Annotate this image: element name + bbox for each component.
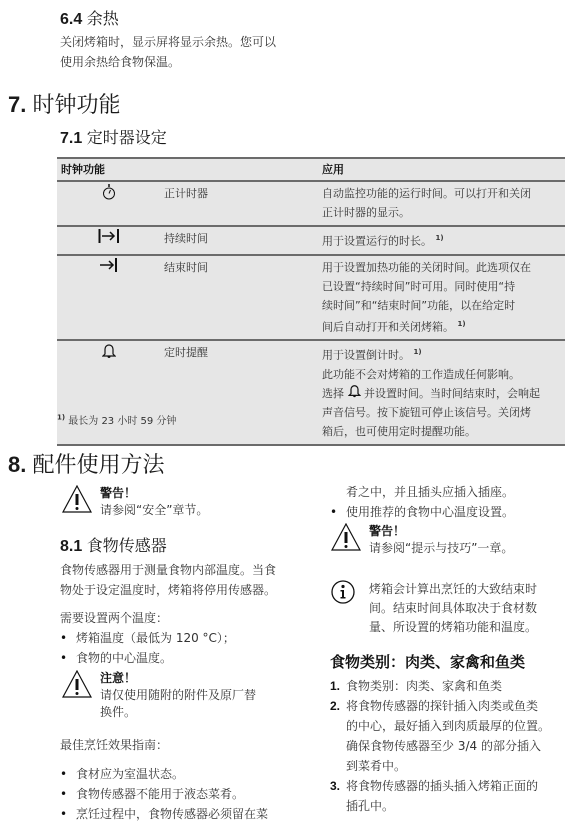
description-line: 续时间”和“结束时间”功能，以在给定时 [322, 296, 561, 315]
table-row: 定时提醒 用于设置倒计时。 1) 此功能不会对烤箱的工作造成任何影响。 选择 并… [57, 340, 565, 445]
info-text: 烤箱会计算出烹饪的大致结束时 [369, 580, 537, 599]
stopwatch-icon [57, 181, 160, 226]
guide-list-continued: 使用推荐的食物中心温度设置。 [330, 502, 570, 522]
list-item: 食物的中心温度。 [60, 648, 310, 668]
section-6-4-heading: 6.4 余热 [60, 6, 119, 29]
description-line: 用于设置运行的时长。 [322, 235, 432, 248]
description-line: 自动监控功能的运行时间。可以打开和关闭 [322, 184, 561, 203]
step-text: 将食物传感器的插头插入烤箱正面的 [346, 776, 570, 796]
caution-box: 注意！ 请仅使用随附的附件及原厂替 换件。 [62, 670, 256, 721]
footnote-marker: 1) [57, 414, 65, 422]
step-text: 的中心，最好插入到肉质最厚的位置。 [346, 716, 570, 736]
description-text: 并设置时间。当时间结束时，会响起 [364, 387, 540, 400]
step-number: 1. [330, 676, 340, 696]
table-row: 结束时间 用于设置加热功能的关闭时间。此选项仅在 已设置“持续时间”时可用。同时… [57, 255, 565, 341]
bell-icon [348, 384, 361, 398]
step-number: 2. [330, 696, 340, 716]
footnote-text: 最长为 23 小时 59 分钟 [68, 416, 176, 427]
paragraph-line: 物处于设定温度时，烤箱将停用传感器。 [60, 580, 276, 600]
paragraph-line: 食物传感器用于测量食物内部温度。当食 [60, 560, 276, 580]
warning-text: 请参阅“安全”章节。 [100, 502, 208, 519]
footnote-marker: 1) [458, 320, 466, 328]
timer-functions-table: 时钟功能 应用 正计时器 自动监控功能的运行时间。可以打开和关闭 正计时器的显示… [57, 157, 565, 446]
warning-box: 警告！ 请参阅“提示与技巧”一章。 [331, 523, 513, 557]
step-text: 将食物传感器的探针插入肉类或鱼类 [346, 696, 570, 716]
warning-title: 警告！ [100, 485, 208, 502]
chapter-title: 配件使用方法 [32, 453, 164, 478]
section-number: 6.4 [60, 11, 82, 28]
description-line: 箱后，也可使用定时提醒功能。 [322, 422, 561, 441]
table-row: 正计时器 自动监控功能的运行时间。可以打开和关闭 正计时器的显示。 [57, 181, 565, 226]
warning-text: 请参阅“提示与技巧”一章。 [369, 540, 513, 557]
section-6-4-body: 关闭烤箱时，显示屏将显示余热。您可以 使用余热给食物保温。 [60, 32, 276, 72]
info-icon [331, 580, 355, 604]
caution-text: 换件。 [100, 704, 256, 721]
description-line: 声音信号。按下旋钮可停止该信号。关闭烤 [322, 403, 561, 422]
function-description: 自动监控功能的运行时间。可以打开和关闭 正计时器的显示。 [318, 181, 565, 226]
step-text: 食物类别：肉类、家禽和鱼类 [346, 676, 570, 696]
list-item: 食材应为室温状态。 [60, 764, 320, 784]
description-line: 正计时器的显示。 [322, 203, 561, 222]
bell-icon [57, 340, 160, 445]
warning-triangle-icon [62, 670, 92, 698]
step-item: 3. 将食物传感器的插头插入烤箱正面的 插孔中。 [330, 776, 570, 816]
steps-list: 1. 食物类别：肉类、家禽和鱼类 2. 将食物传感器的探针插入肉类或鱼类 的中心… [330, 676, 570, 816]
list-item: 使用推荐的食物中心温度设置。 [330, 502, 570, 522]
chapter-7-heading: 7. 时钟功能 [8, 88, 121, 119]
function-name: 正计时器 [160, 181, 318, 226]
function-description: 用于设置加热功能的关闭时间。此选项仅在 已设置“持续时间”时可用。同时使用“持 … [318, 255, 565, 341]
end-time-icon [57, 255, 160, 341]
food-sensor-intro: 食物传感器用于测量食物内部温度。当食 物处于设定温度时，烤箱将停用传感器。 [60, 560, 276, 600]
caution-text: 请仅使用随附的附件及原厂替 [100, 687, 256, 704]
warning-title: 警告！ [369, 523, 513, 540]
chapter-title: 时钟功能 [32, 93, 120, 118]
footnote-marker: 1) [414, 348, 422, 356]
description-text: 选择 [322, 387, 344, 400]
table-header-row: 时钟功能 应用 [57, 158, 565, 181]
function-description: 用于设置运行的时长。 1) [318, 226, 565, 255]
guide-list: 食材应为室温状态。 食物传感器不能用于液态菜肴。 烹饪过程中，食物传感器必须留在… [60, 764, 320, 824]
step-text: 插孔中。 [346, 796, 570, 816]
list-item: 食物传感器不能用于液态菜肴。 [60, 784, 320, 804]
footnote-marker: 1) [436, 234, 444, 242]
function-name: 持续时间 [160, 226, 318, 255]
info-box: 烤箱会计算出烹饪的大致结束时 间。结束时间具体取决于食材数 量、所设置的烤箱功能… [331, 580, 537, 637]
function-name: 定时提醒 [160, 340, 318, 445]
list-item: 烤箱温度（最低为 120 °C）； [60, 628, 310, 648]
section-8-1-heading: 8.1 食物传感器 [60, 533, 167, 556]
warning-triangle-icon [331, 523, 361, 551]
description-line: 选择 并设置时间。当时间结束时，会响起 [322, 384, 561, 403]
food-category-heading: 食物类别：肉类、家禽和鱼类 [330, 651, 525, 672]
step-item: 2. 将食物传感器的探针插入肉类或鱼类 的中心，最好插入到肉质最厚的位置。 确保… [330, 696, 570, 776]
column-header-application: 应用 [318, 158, 565, 181]
description-line: 已设置“持续时间”时可用。同时使用“持 [322, 277, 561, 296]
list-item-continuation: 肴之中，并且插头应插入插座。 [346, 482, 514, 502]
info-text: 量、所设置的烤箱功能和温度。 [369, 618, 537, 637]
section-title: 食物传感器 [87, 536, 167, 555]
chapter-number: 7. [8, 92, 26, 117]
need-list: 烤箱温度（最低为 120 °C）； 食物的中心温度。 [60, 628, 310, 668]
chapter-number: 8. [8, 452, 26, 477]
step-item: 1. 食物类别：肉类、家禽和鱼类 [330, 676, 570, 696]
guide-label: 最佳烹饪效果指南： [60, 735, 168, 755]
description-line: 用于设置倒计时。 [322, 349, 410, 362]
section-7-1-heading: 7.1 定时器设定 [60, 125, 167, 148]
section-number: 8.1 [60, 538, 82, 555]
step-text: 到菜肴中。 [346, 756, 570, 776]
description-line: 间后自动打开和关闭烤箱。 [322, 320, 454, 333]
list-item: 烹饪过程中，食物传感器必须留在菜 [60, 804, 320, 824]
description-line: 此功能不会对烤箱的工作造成任何影响。 [322, 365, 561, 384]
function-name: 结束时间 [160, 255, 318, 341]
section-number: 7.1 [60, 130, 82, 147]
duration-icon [57, 226, 160, 255]
step-text: 确保食物传感器至少 3/4 的部分插入 [346, 736, 570, 756]
step-number: 3. [330, 776, 340, 796]
section-title: 余热 [87, 9, 119, 28]
info-text: 间。结束时间具体取决于食材数 [369, 599, 537, 618]
paragraph-line: 使用余热给食物保温。 [60, 52, 276, 72]
section-title: 定时器设定 [87, 128, 167, 147]
column-header-function: 时钟功能 [57, 158, 318, 181]
description-line: 用于设置加热功能的关闭时间。此选项仅在 [322, 258, 561, 277]
need-label: 需要设置两个温度： [60, 608, 168, 628]
paragraph-line: 关闭烤箱时，显示屏将显示余热。您可以 [60, 32, 276, 52]
chapter-8-heading: 8. 配件使用方法 [8, 448, 165, 479]
warning-triangle-icon [62, 485, 92, 513]
table-row: 持续时间 用于设置运行的时长。 1) [57, 226, 565, 255]
table-footnote: 1) 最长为 23 小时 59 分钟 [57, 412, 176, 427]
caution-title: 注意！ [100, 670, 256, 687]
warning-box: 警告！ 请参阅“安全”章节。 [62, 485, 208, 519]
function-description: 用于设置倒计时。 1) 此功能不会对烤箱的工作造成任何影响。 选择 并设置时间。… [318, 340, 565, 445]
